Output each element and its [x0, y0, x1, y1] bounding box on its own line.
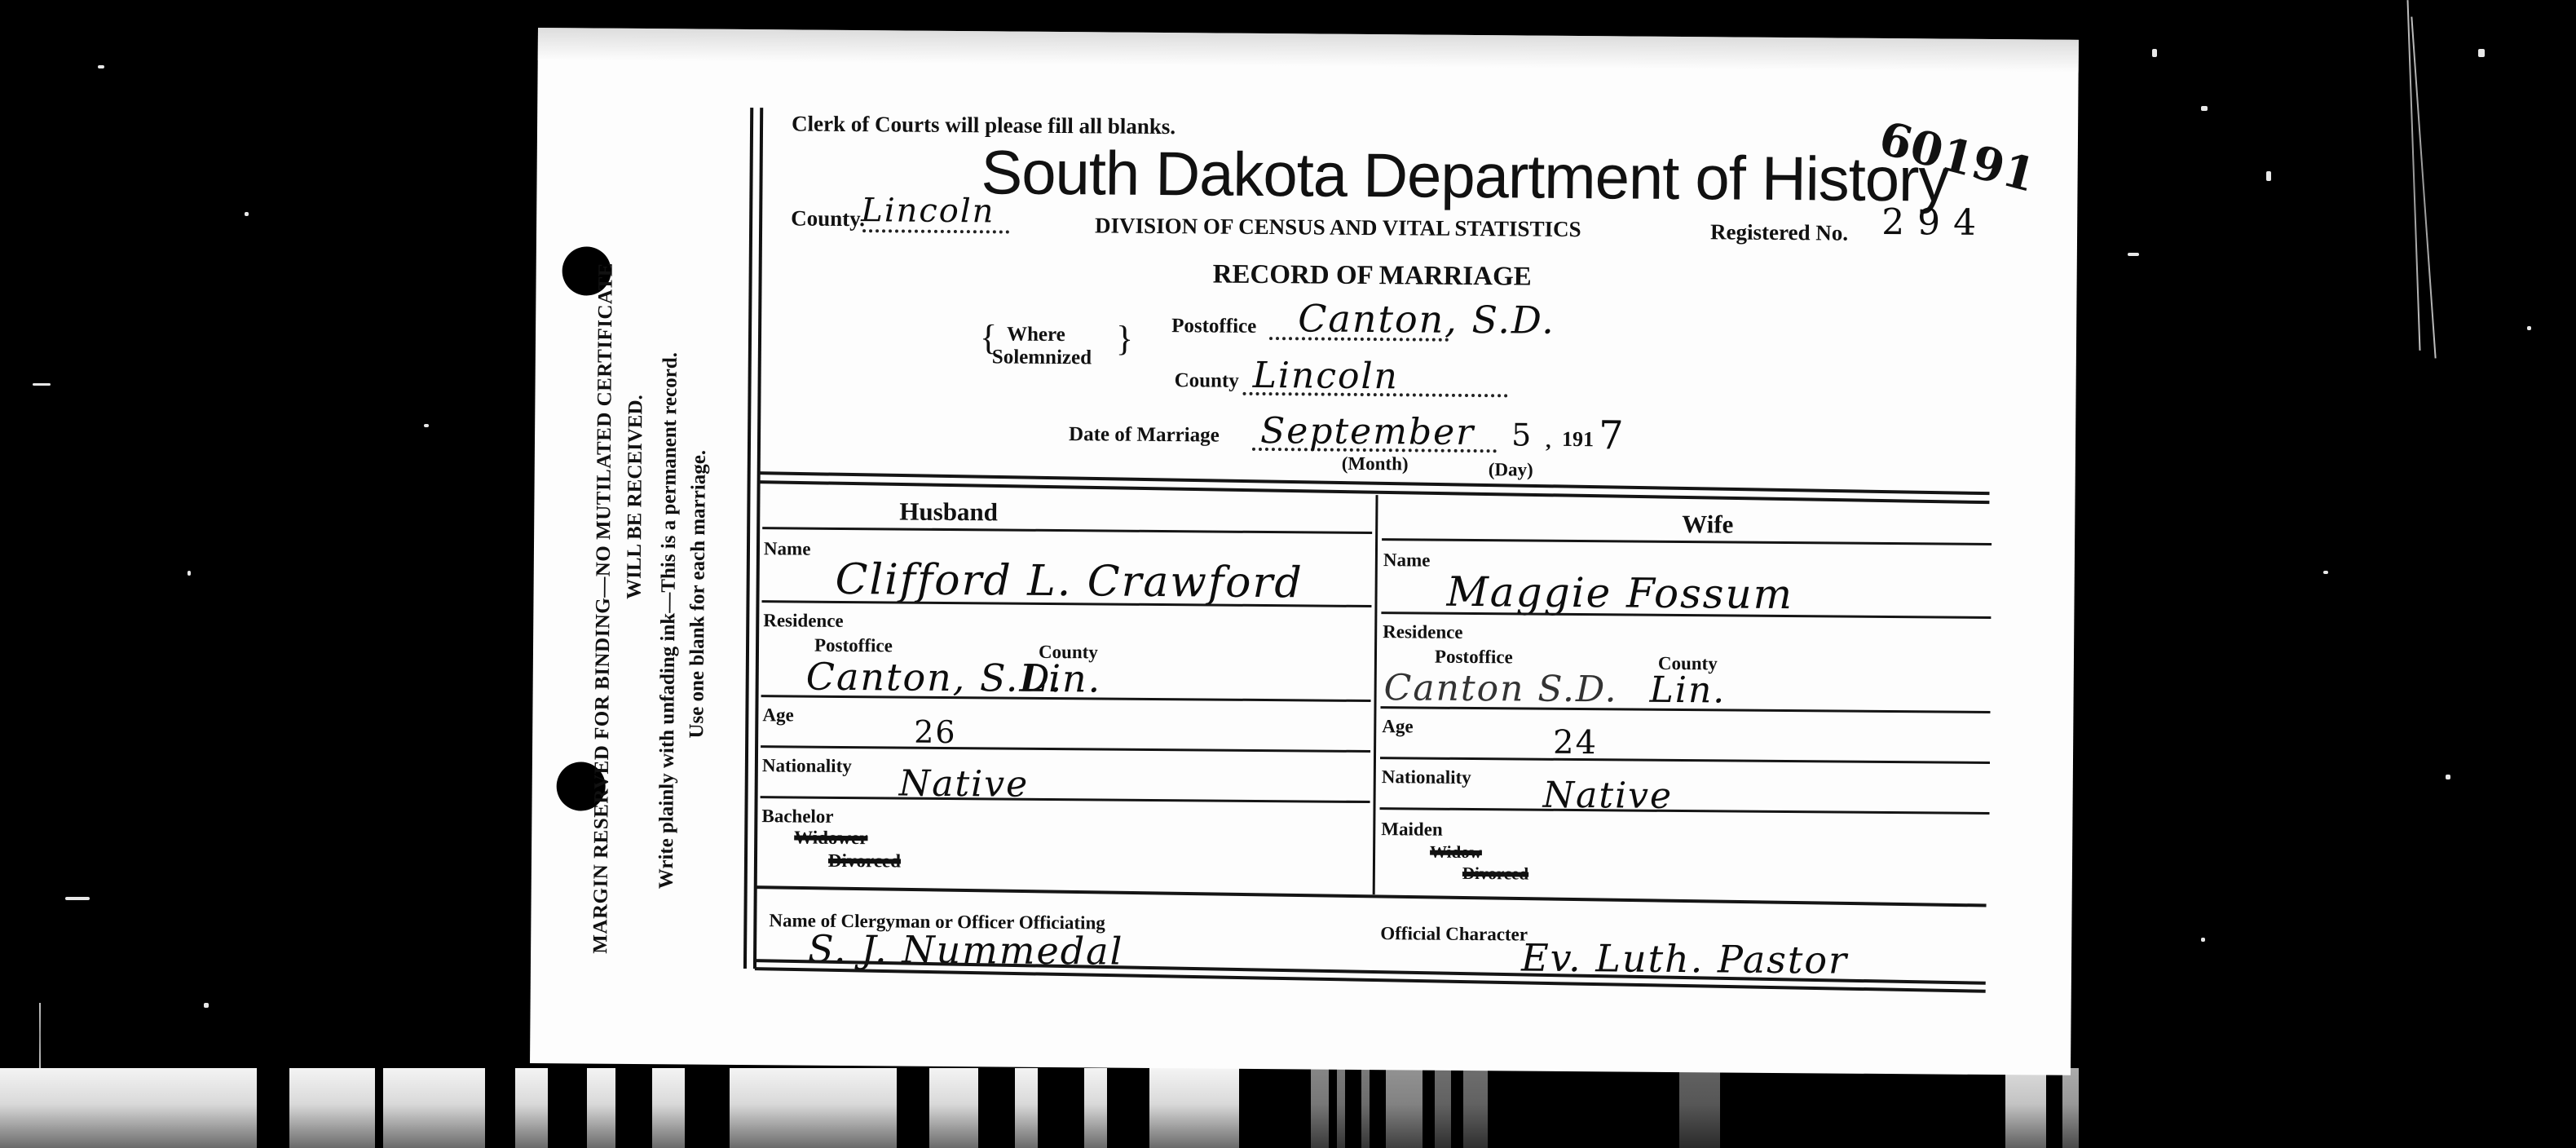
husband-status-bachelor: Bachelor [761, 806, 833, 828]
card-edge-grain [538, 28, 2079, 73]
film-speck [33, 383, 51, 386]
margin-notice-line-1: MARGIN RESERVED FOR BINDING—NO MUTILATED… [589, 263, 618, 954]
wife-nationality-label: Nationality [1382, 766, 1471, 788]
husband-age-label: Age [762, 704, 794, 726]
where-label: Where [1007, 324, 1065, 347]
wife-age-value: 24 [1553, 724, 1598, 762]
county-value: Lincoln [861, 192, 995, 230]
film-speck [2323, 571, 2328, 574]
column-divider [1373, 495, 1378, 894]
brace-right: } [1116, 318, 1134, 360]
marriage-year-prefix: 191 [1562, 427, 1594, 452]
wife-age-label: Age [1382, 716, 1414, 737]
marriage-year-suffix: 7 [1599, 413, 1625, 458]
film-speck [2201, 106, 2208, 111]
film-speck [2128, 253, 2139, 256]
wife-residence-label: Residence [1383, 621, 1463, 643]
film-speck [204, 1003, 209, 1008]
film-speck [2201, 938, 2205, 942]
wife-postoffice-label: Postoffice [1435, 647, 1513, 669]
form-border-line [753, 108, 763, 969]
husband-name-label: Name [764, 538, 811, 559]
wife-status-maiden: Maiden [1381, 819, 1443, 841]
section-rule [756, 885, 1987, 907]
row-rule [761, 745, 1370, 753]
film-speck [98, 65, 104, 68]
instruction-text: Clerk of Courts will please fill all bla… [792, 111, 1176, 139]
margin-notice-line-3: Write plainly with unfading ink—This is … [655, 352, 682, 889]
husband-residence-label: Residence [763, 610, 844, 632]
film-speck [187, 571, 191, 576]
husband-postoffice-label: Postoffice [814, 635, 893, 657]
record-title: RECORD OF MARRIAGE [1213, 260, 1532, 293]
wife-status-divorced-struck: Divorced [1462, 863, 1528, 885]
wife-heading: Wife [1682, 510, 1733, 539]
husband-name-value: Clifford L. Crawford [835, 555, 1303, 608]
solemnized-postoffice-value: Canton, S.D. [1298, 296, 1555, 342]
row-rule [1379, 807, 1989, 815]
official-character-label: Official Character [1380, 923, 1528, 945]
film-edge-strip [0, 1068, 2576, 1148]
registered-value: 294 [1881, 201, 1989, 244]
month-caption: (Month) [1342, 453, 1409, 475]
film-speck [2478, 49, 2485, 57]
date-of-marriage-label: Date of Marriage [1069, 423, 1220, 447]
husband-heading: Husband [899, 497, 998, 528]
county-label: County. [791, 205, 865, 232]
solemnized-postoffice-label: Postoffice [1171, 315, 1256, 338]
film-speck [2527, 326, 2531, 330]
marriage-month-value: September [1260, 410, 1475, 453]
wife-name-label: Name [1383, 550, 1431, 571]
film-speck [2446, 775, 2450, 779]
husband-age-value: 26 [914, 714, 957, 750]
year-comma: , [1546, 429, 1551, 453]
wife-county-value: Lin. [1649, 669, 1726, 712]
wife-name-value: Maggie Fossum [1446, 568, 1793, 618]
marriage-day-value: 5 [1511, 417, 1533, 453]
row-rule [1380, 757, 1990, 764]
husband-nationality-label: Nationality [762, 755, 852, 777]
solemnized-label: Solemnized [992, 346, 1092, 369]
film-speck [245, 212, 249, 216]
marriage-record-card: MARGIN RESERVED FOR BINDING—NO MUTILATED… [530, 28, 2079, 1075]
film-scratch [39, 1003, 41, 1068]
husband-status-divorced-struck: Divorced [828, 850, 901, 872]
film-speck [2266, 171, 2271, 181]
film-speck [424, 424, 429, 427]
margin-notice-line-2: WILL BE RECEIVED. [623, 395, 647, 599]
husband-status-widower-struck: Widower [794, 827, 867, 849]
wife-postoffice-value: Canton S.D. [1383, 667, 1617, 710]
form-border-line [743, 108, 753, 969]
division-title: DIVISION OF CENSUS AND VITAL STATISTICS [1095, 213, 1581, 242]
wife-status-widow-struck: Widow [1430, 842, 1482, 863]
row-rule [761, 796, 1370, 803]
day-caption: (Day) [1489, 459, 1533, 480]
row-rule [1382, 538, 1992, 545]
registered-label: Registered No. [1710, 219, 1848, 245]
film-speck [65, 897, 90, 900]
husband-county-value: Lin. [1022, 656, 1102, 701]
page-title: South Dakota Department of History [981, 137, 1948, 215]
solemnized-county-label: County [1175, 369, 1239, 393]
margin-notice-line-4: Use one blank for each marriage. [686, 450, 711, 739]
solemnized-county-value: Lincoln [1252, 355, 1399, 397]
film-speck [2152, 49, 2157, 57]
row-rule [762, 527, 1372, 534]
